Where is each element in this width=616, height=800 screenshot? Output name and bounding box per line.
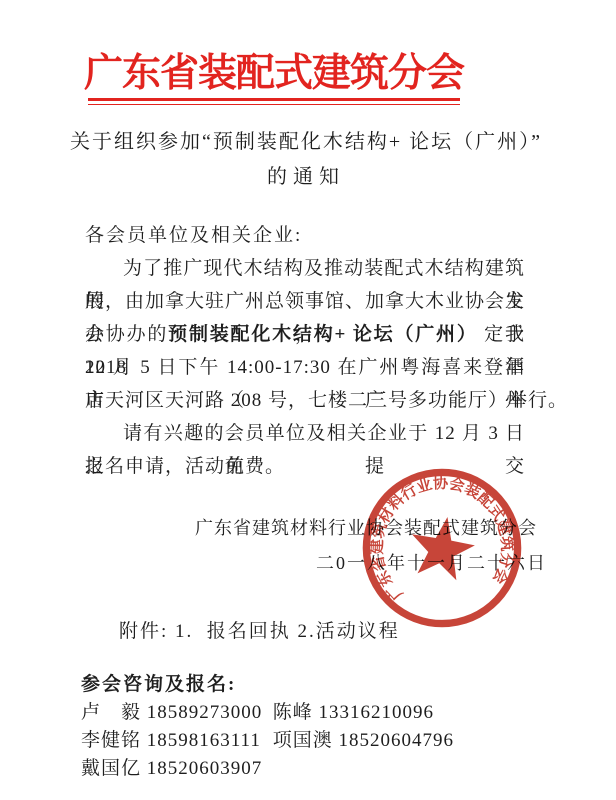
org-title: 广东省装配式建筑分会	[0, 42, 548, 98]
title-divider-rule	[88, 98, 460, 105]
contact-row: 戴国亿 18520603907	[81, 753, 541, 780]
attachment-note: 附件: 1. 报名回执 2.活动议程	[119, 616, 400, 643]
salutation: 各会员单位及相关企业:	[85, 220, 302, 247]
contact-entry: 项国澳 18520604796	[273, 730, 454, 751]
body-line-segment: 会协办的	[85, 324, 168, 345]
contact-entry: 戴国亿 18520603907	[81, 753, 267, 780]
body-line: 会协办的预制装配化木结构+ 论坛（广州） 定于 2018 年	[85, 318, 525, 351]
star-icon	[405, 511, 478, 582]
contact-entry: 陈峰 13316210096	[273, 702, 434, 723]
contact-row: 李健铭 18598163111 项国澳 18520604796	[81, 725, 541, 752]
forum-name-bold: 预制装配化木结构+ 论坛（广州）	[168, 324, 477, 345]
subject-line-1: 关于组织参加“预制装配化木结构+ 论坛（广州）”	[45, 125, 567, 154]
contact-entry: 卢 毅 18589273000	[81, 697, 267, 724]
contact-row: 卢 毅 18589273000 陈峰 13316210096	[81, 697, 541, 724]
body-line: 12 月 5 日下午 14:00-17:30 在广州粤海喜来登酒店（广州	[85, 351, 525, 384]
body-line: 市天河区天河路 208 号，七楼二三号多功能厅）举行。	[85, 384, 525, 417]
body-text: 为了推广现代木结构及推动装配式木结构建筑的发 展，由加拿大驻广州总领事馆、加拿大…	[85, 252, 525, 483]
contacts-heading: 参会咨询及报名:	[81, 669, 236, 696]
subject-line-2: 的通知	[45, 160, 567, 189]
contact-entry: 李健铭 18598163111	[81, 725, 267, 752]
body-line: 为了推广现代木结构及推动装配式木结构建筑的发	[85, 252, 525, 285]
body-line: 展，由加拿大驻广州总领事馆、加拿大木业协会主办，我	[85, 285, 525, 318]
body-line: 请有兴趣的会员单位及相关企业于 12 月 3 日之前提交	[85, 417, 525, 450]
notice-document-page: 广东省装配式建筑分会 关于组织参加“预制装配化木结构+ 论坛（广州）” 的通知 …	[0, 0, 616, 800]
